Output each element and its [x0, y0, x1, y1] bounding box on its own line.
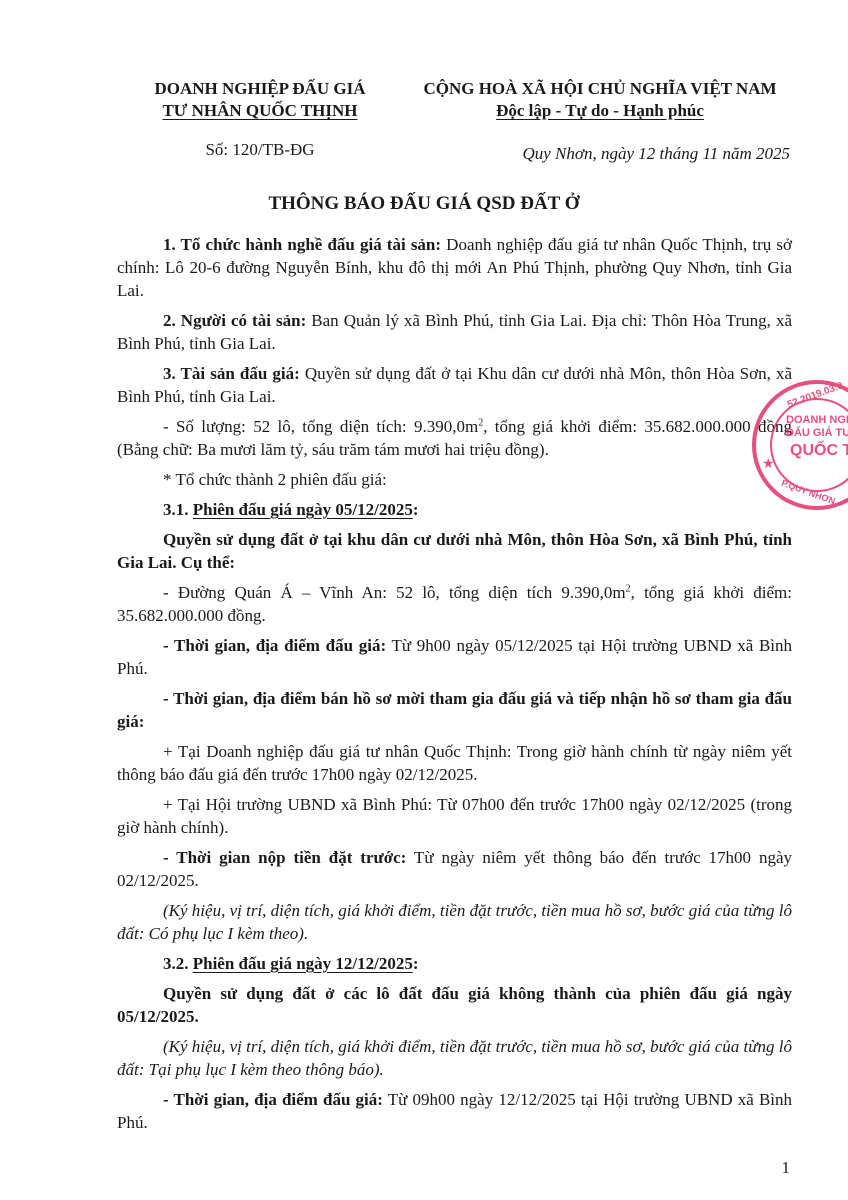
time-label: - Thời gian, địa điểm đấu giá:	[163, 1090, 383, 1109]
section-3: 3. Tài sản đấu giá: Quyền sử dụng đất ở …	[117, 362, 792, 408]
session-3-2-date: Phiên đấu giá ngày 12/12/2025	[193, 954, 413, 973]
national-motto: Độc lập - Tự do - Hạnh phúc	[400, 100, 800, 122]
session-3-1-road: - Đường Quán Á – Vĩnh An: 52 lô, tổng di…	[117, 581, 792, 627]
page-number: 1	[782, 1158, 791, 1178]
session-3-1-heading: Quyền sử dụng đất ở tại khu dân cư dưới …	[117, 528, 792, 574]
colon: :	[413, 500, 419, 519]
star-icon: ★	[762, 456, 775, 473]
colon: :	[413, 954, 419, 973]
session-3-1-title: 3.1. Phiên đấu giá ngày 05/12/2025:	[117, 498, 792, 521]
section-3-label: 3. Tài sản đấu giá:	[163, 364, 300, 383]
session-3-2-note: (Ký hiệu, vị trí, diện tích, giá khởi đi…	[117, 1035, 792, 1081]
organization-name-line1: DOANH NGHIỆP ĐẤU GIÁ	[130, 78, 390, 100]
national-title: CỘNG HOÀ XÃ HỘI CHỦ NGHĨA VIỆT NAM	[400, 78, 800, 100]
stamp-line-3: QUỐC TH	[790, 442, 848, 460]
organization-name-line2: TƯ NHÂN QUỐC THỊNH	[130, 100, 390, 122]
place-date: Quy Nhơn, ngày 12 tháng 11 năm 2025	[400, 144, 800, 164]
road-text-a: - Đường Quán Á – Vĩnh An: 52 lô, tổng di…	[163, 583, 626, 602]
session-3-1-deposit: - Thời gian nộp tiền đặt trước: Từ ngày …	[117, 846, 792, 892]
section-1: 1. Tổ chức hành nghề đấu giá tài sản: Do…	[117, 233, 792, 302]
session-3-1-note: (Ký hiệu, vị trí, diện tích, giá khởi đi…	[117, 899, 792, 945]
sessions-note: * Tổ chức thành 2 phiên đấu giá:	[117, 468, 792, 491]
session-3-2-heading: Quyền sử dụng đất ở các lô đất đấu giá k…	[117, 982, 792, 1028]
section-3-quantity: - Số lượng: 52 lô, tổng diện tích: 9.390…	[117, 415, 792, 461]
session-3-1-docs-2: + Tại Hội trường UBND xã Bình Phú: Từ 07…	[117, 793, 792, 839]
stamp-line-1: DOANH NGHI	[786, 414, 848, 427]
session-3-1-number: 3.1.	[163, 500, 193, 519]
session-3-2-time: - Thời gian, địa điểm đấu giá: Từ 09h00 …	[117, 1088, 792, 1134]
session-3-1-time: - Thời gian, địa điểm đấu giá: Từ 9h00 n…	[117, 634, 792, 680]
document-body: 1. Tổ chức hành nghề đấu giá tài sản: Do…	[117, 233, 792, 1141]
document-title: THÔNG BÁO ĐẤU GIÁ QSD ĐẤT Ở	[0, 193, 848, 215]
time-label: - Thời gian, địa điểm đấu giá:	[163, 636, 386, 655]
section-1-label: 1. Tổ chức hành nghề đấu giá tài sản:	[163, 235, 441, 254]
document-number: Số: 120/TB-ĐG	[130, 140, 390, 160]
stamp-line-2: ĐẤU GIÁ TƯ N	[786, 427, 848, 440]
section-2: 2. Người có tài sản: Ban Quản lý xã Bình…	[117, 309, 792, 355]
stamp-text: DOANH NGHI ĐẤU GIÁ TƯ N	[786, 414, 848, 440]
session-3-1-docs-label: - Thời gian, địa điểm bán hồ sơ mời tham…	[117, 687, 792, 733]
session-3-2-number: 3.2.	[163, 954, 193, 973]
session-3-2-title: 3.2. Phiên đấu giá ngày 12/12/2025:	[117, 952, 792, 975]
organization-header: DOANH NGHIỆP ĐẤU GIÁ TƯ NHÂN QUỐC THỊNH	[130, 78, 390, 122]
session-3-1-docs-1: + Tại Doanh nghiệp đấu giá tư nhân Quốc …	[117, 740, 792, 786]
document-page: DOANH NGHIỆP ĐẤU GIÁ TƯ NHÂN QUỐC THỊNH …	[0, 0, 848, 1200]
national-header: CỘNG HOÀ XÃ HỘI CHỦ NGHĨA VIỆT NAM Độc l…	[400, 78, 800, 122]
section-2-label: 2. Người có tài sản:	[163, 311, 306, 330]
deposit-label: - Thời gian nộp tiền đặt trước:	[163, 848, 406, 867]
session-3-1-date: Phiên đấu giá ngày 05/12/2025	[193, 500, 413, 519]
quantity-text-a: - Số lượng: 52 lô, tổng diện tích: 9.390…	[163, 417, 478, 436]
